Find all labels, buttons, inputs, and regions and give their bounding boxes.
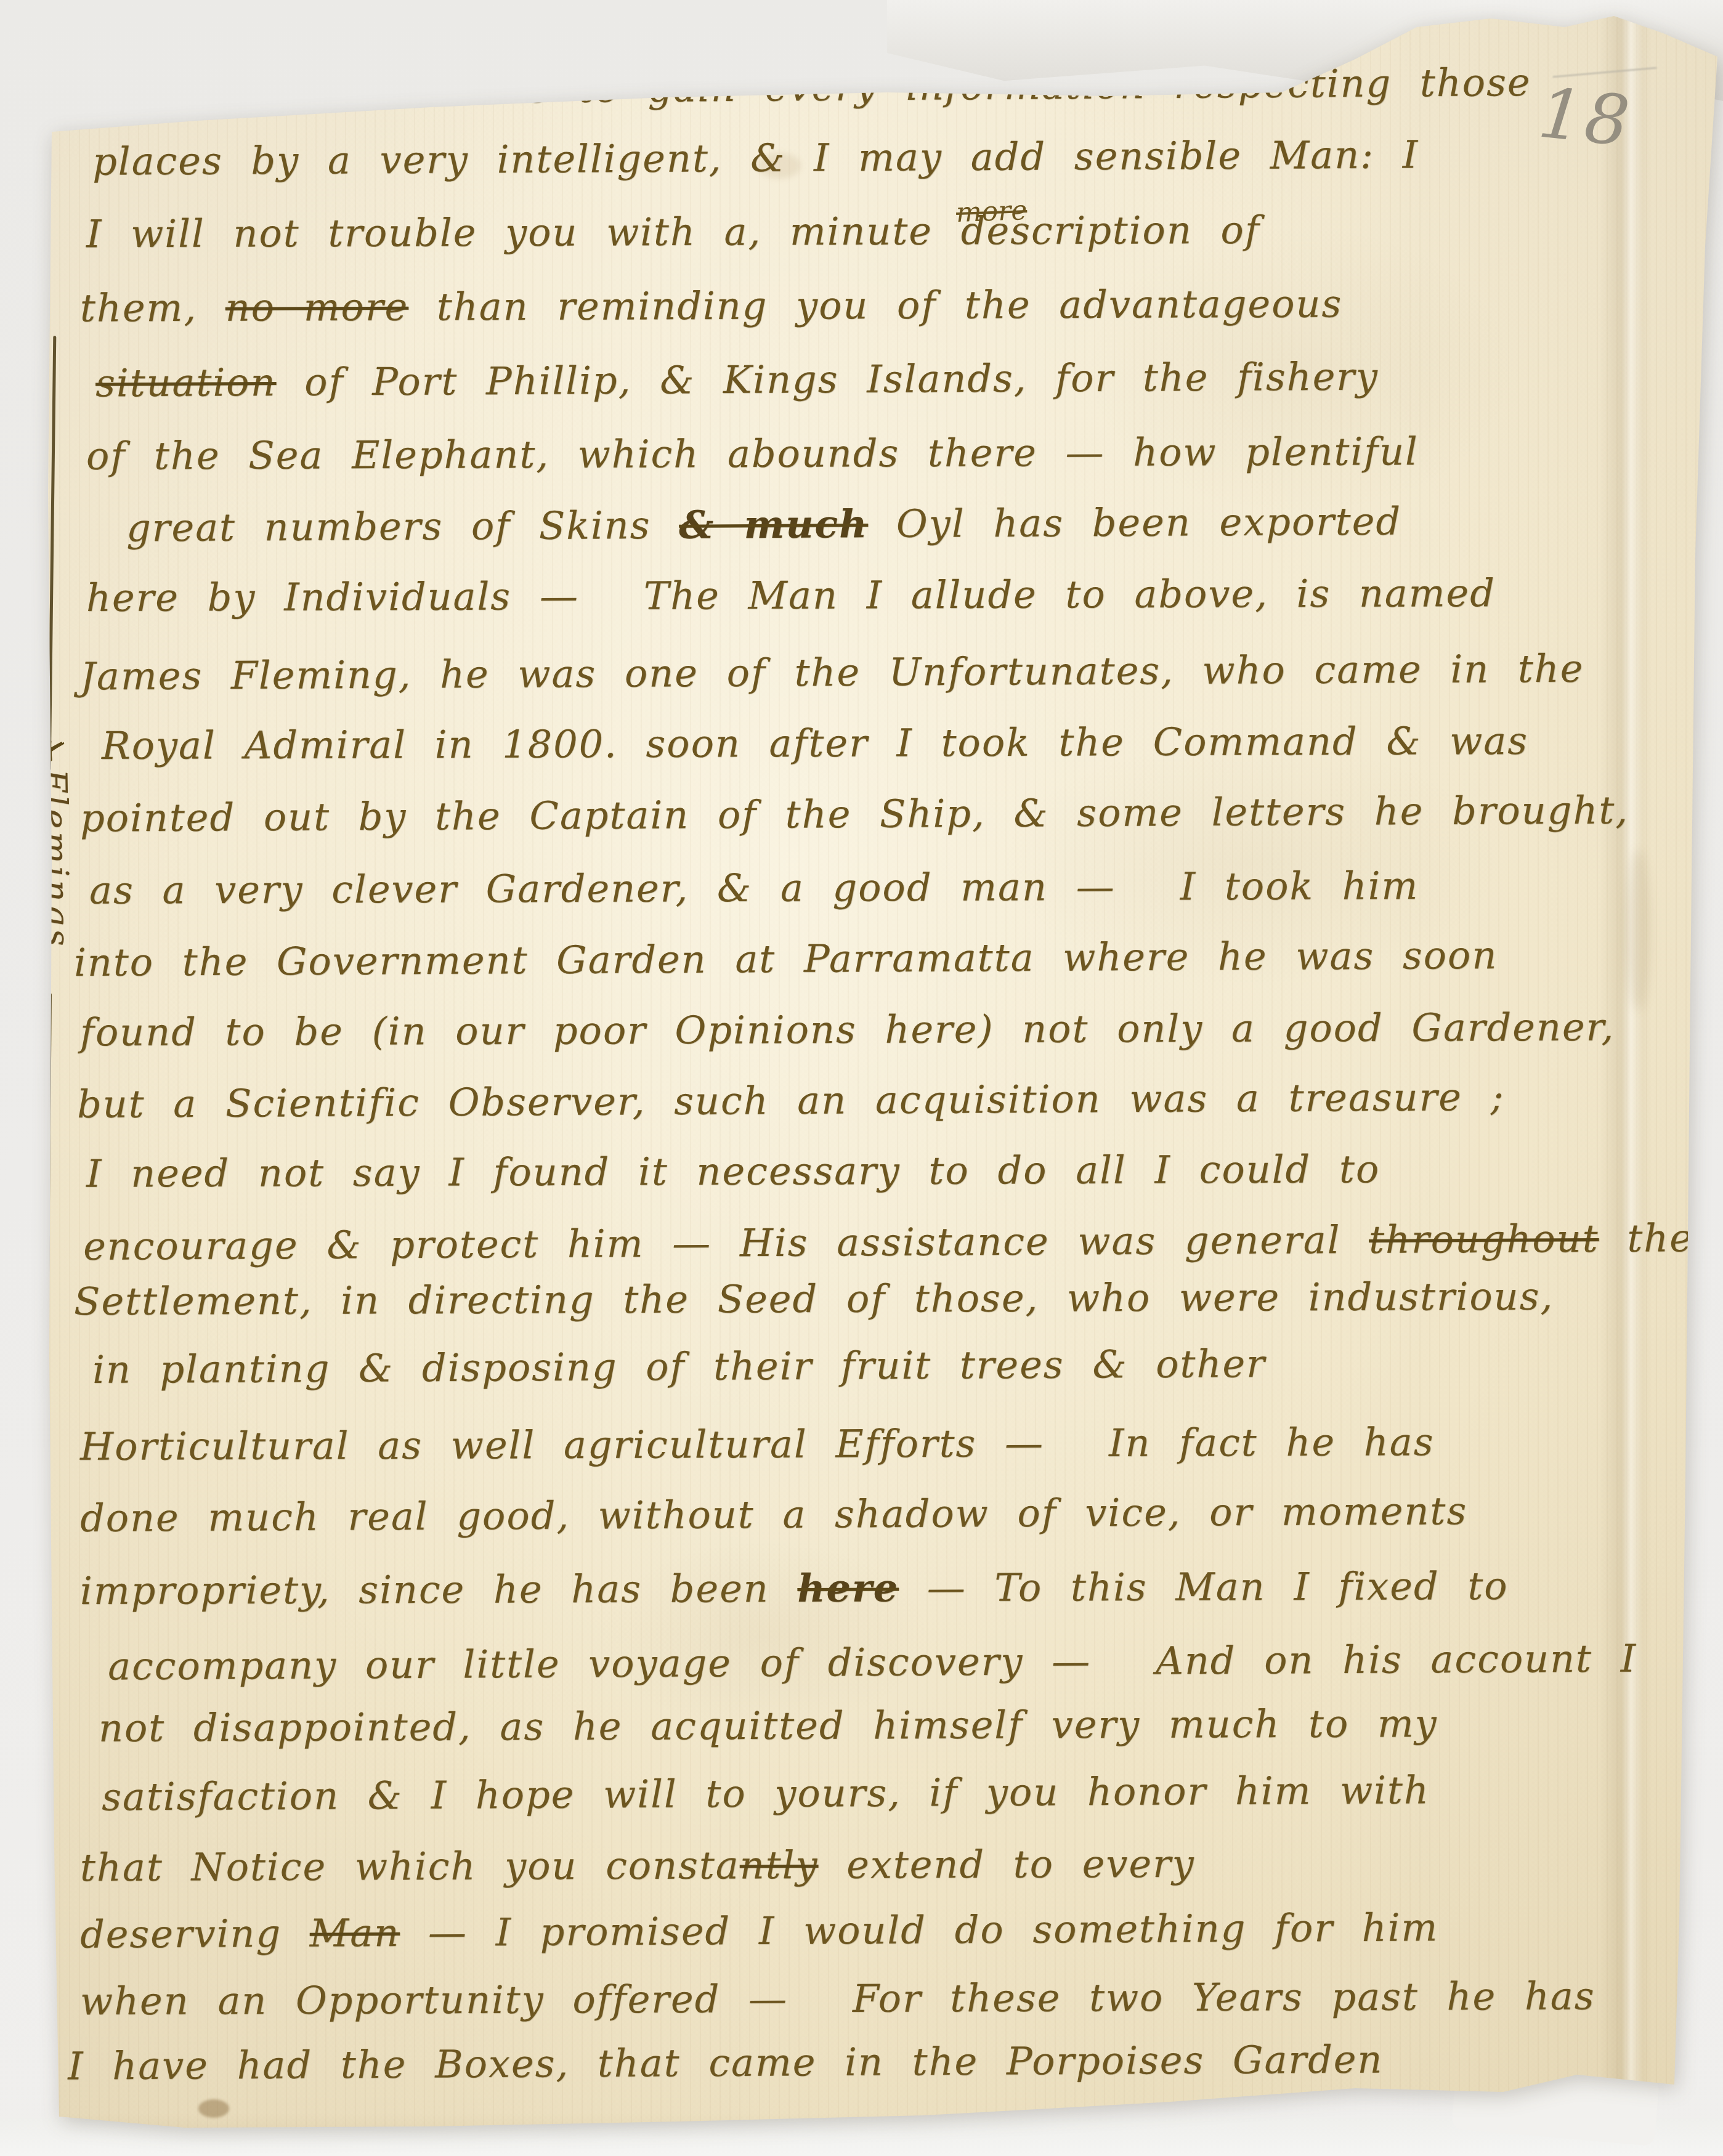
text-segment: places by a very intelligent, & I may ad… [92,132,1419,184]
letter-line-2: places by a very intelligent, & I may ad… [92,132,1419,184]
letter-line-26: that Notice which you constantly extend … [80,1841,1195,1890]
letter-line-19: in planting & disposing of their fruit t… [92,1341,1266,1392]
text-segment: As you will be able to gain every inform… [105,60,1531,115]
text-segment: Royal Admiral in 1800. soon after I took… [102,718,1528,768]
letter-paper: ✗ Flemings 18 more As you will be able t… [0,0,1723,2156]
text-segment: encourage & protect him — His assistance… [83,1217,1369,1269]
text-segment: I will not trouble you with a, minute de… [86,208,1260,257]
text-segment: — I promised I would do something for hi… [400,1905,1438,1955]
struck-text: here [797,1565,899,1611]
text-segment: Oyl has been exported [868,499,1401,547]
text-segment: here by Individuals — [86,573,579,620]
letter-line-15: but a Scientific Observer, such an acqui… [77,1074,1505,1127]
letter-line-20: Horticultural as well agricultural Effor… [80,1419,1435,1469]
text-segment: them, [80,285,225,331]
text-segment: pointed out by the Captain of the Ship, … [80,787,1629,840]
letter-line-8: here by Individuals —The Man I allude to… [86,570,1496,620]
text-segment: James Fleming, he was one of the Unfortu… [80,646,1584,699]
handwriting-text-layer: more As you will be able to gain every i… [0,0,1723,2156]
letter-line-27: deserving Man — I promised I would do so… [80,1905,1439,1957]
text-segment: Settlement, in directing the Seed of tho… [74,1274,1554,1324]
text-segment: accompany our little voyage of discovery… [108,1639,1091,1688]
struck-text: throughout [1369,1216,1599,1262]
text-segment: but a Scientific Observer, such an acqui… [77,1074,1505,1127]
text-segment: — To this Man I fixed to [899,1563,1509,1610]
letter-line-5: situation of Port Phillip, & Kings Islan… [95,354,1379,406]
text-segment: as a very clever Gardener, & a good man … [89,864,1116,913]
letter-line-25: satisfaction & I hope will to yours, if … [102,1767,1430,1819]
letter-line-9: James Fleming, he was one of the Unfortu… [80,646,1584,699]
text-segment: The Man I allude to above, is named [579,570,1496,618]
letter-line-7: great numbers of Skins & much Oyl has be… [126,499,1401,551]
text-segment: the [1599,1215,1693,1261]
text-segment: For these two Years past he has [788,1974,1595,2022]
letter-line-1: As you will be able to gain every inform… [105,60,1531,115]
text-segment: than reminding you of the advantageous [408,281,1342,329]
letter-line-10: Royal Admiral in 1800. soon after I took… [102,718,1528,768]
struck-text: ntly [740,1842,819,1887]
text-segment: I took him [1116,863,1419,909]
text-segment: In fact he has [1044,1419,1435,1465]
letter-line-6: of the Sea Elephant, which abounds there… [86,429,1419,479]
text-segment: Horticultural as well agricultural Effor… [80,1420,1044,1469]
letter-line-13: into the Government Garden at Parramatta… [74,933,1498,985]
text-segment: impropriety, since he has been [80,1566,798,1613]
letter-line-17: encourage & protect him — His assistance… [83,1215,1693,1269]
letter-line-14: found to be (in our poor Opinions here) … [80,1005,1615,1055]
margin-rule-lower [40,993,52,1976]
text-segment: I need not say I found it necessary to d… [86,1146,1380,1196]
paper-wrapper: ✗ Flemings 18 more As you will be able t… [0,0,1723,2156]
letter-line-16: I need not say I found it necessary to d… [86,1146,1380,1196]
struck-text: no more [225,285,409,330]
letter-line-22: impropriety, since he has been here — To… [80,1563,1509,1613]
letter-line-24: not disappointed, as he acquitted himsel… [99,1701,1438,1751]
letter-line-23: accompany our little voyage of discovery… [108,1636,1637,1689]
text-segment: done much real good, without a shadow of… [80,1488,1467,1541]
letter-line-4: them, no more than reminding you of the … [80,281,1342,330]
text-segment: found to be (in our poor Opinions here) … [80,1005,1615,1055]
struck-text: & much [679,501,868,548]
letter-line-18: Settlement, in directing the Seed of tho… [74,1274,1554,1324]
text-segment: deserving [80,1911,310,1957]
scanned-letter-page: { "page": { "page_number": "18", "margin… [0,0,1723,2156]
struck-text: situation [95,360,277,406]
letter-line-11: pointed out by the Captain of the Ship, … [80,787,1629,840]
text-segment: that Notice which you consta [80,1842,740,1890]
letter-line-12: as a very clever Gardener, & a good man … [89,863,1419,913]
text-segment: great numbers of Skins [126,503,679,551]
text-segment: satisfaction & I hope will to yours, if … [102,1767,1430,1819]
letter-line-21: done much real good, without a shadow of… [80,1488,1467,1541]
letter-line-28: when an Opportunity offered —For these t… [80,1974,1595,2024]
text-segment: I have had the Boxes, that came in the P… [68,2036,1384,2088]
letter-line-3: I will not trouble you with a, minute de… [86,208,1260,257]
letter-line-29: I have had the Boxes, that came in the P… [68,2036,1384,2088]
text-segment: of the Sea Elephant, which abounds there… [86,429,1419,479]
struck-text: Man [310,1910,400,1956]
text-segment: into the Government Garden at Parramatta… [74,933,1498,985]
text-segment: when an Opportunity offered — [80,1976,788,2024]
text-segment: extend to every [818,1841,1195,1887]
text-segment: And on his account I [1091,1636,1637,1684]
text-segment: of Port Phillip, & Kings Islands, for th… [276,354,1379,405]
text-segment: not disappointed, as he acquitted himsel… [99,1701,1438,1751]
text-segment: in planting & disposing of their fruit t… [92,1341,1266,1392]
